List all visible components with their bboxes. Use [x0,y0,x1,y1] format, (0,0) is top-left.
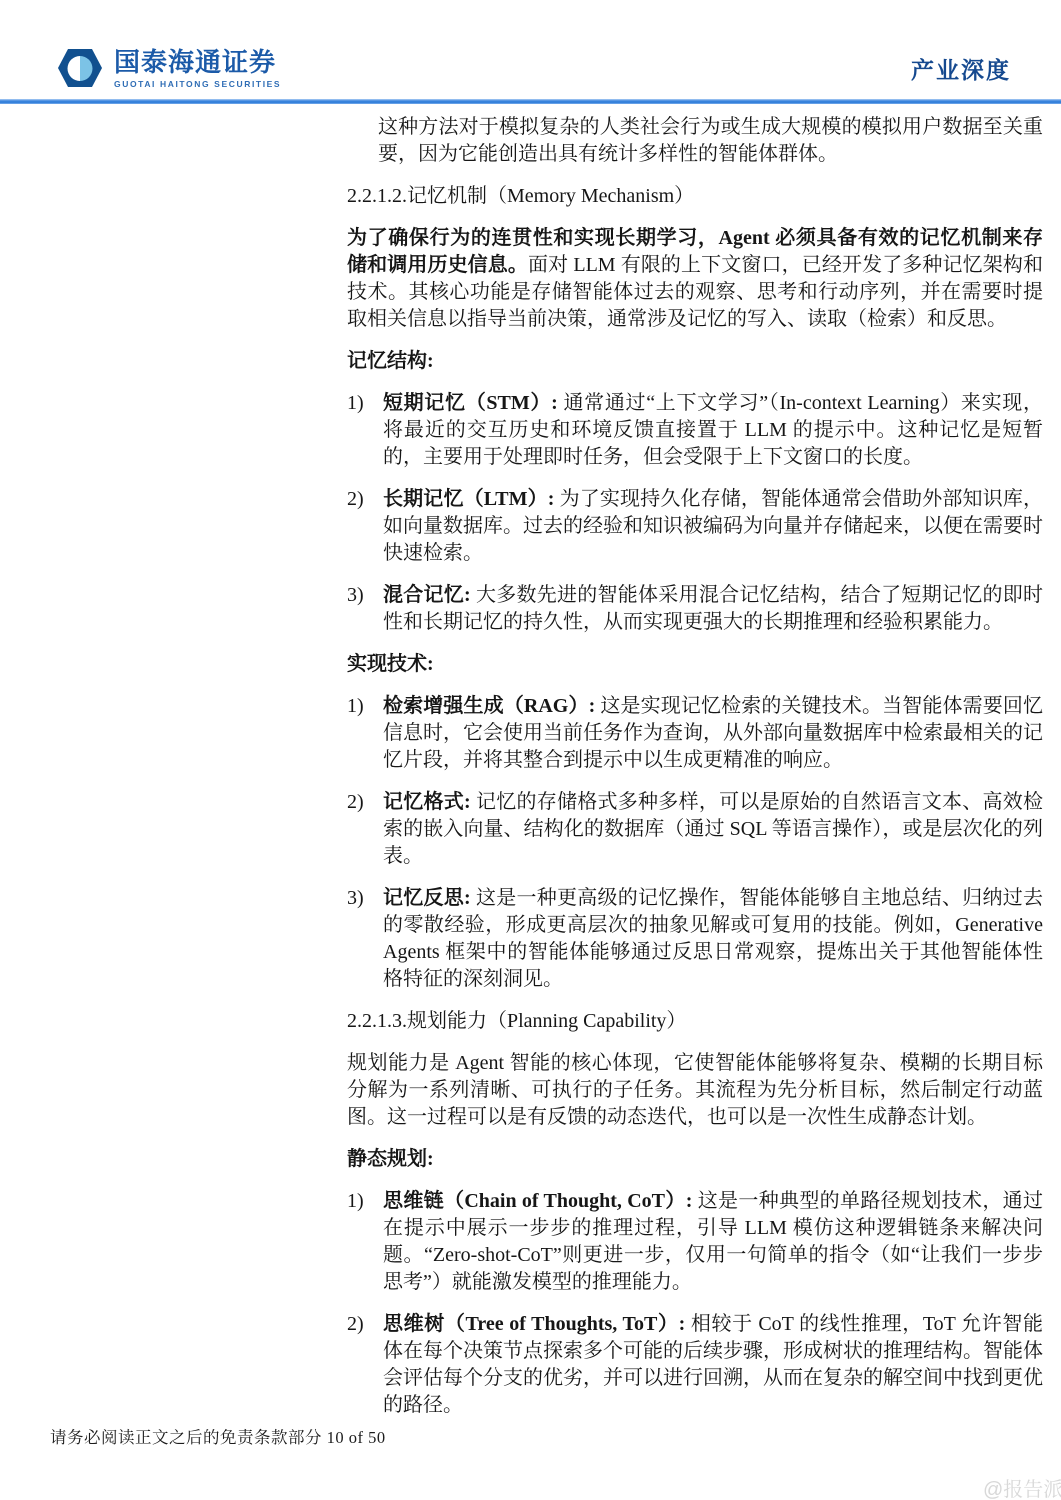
paragraph-intro-continuation: 这种方法对于模拟复杂的人类社会行为或生成大规模的模拟用户数据至关重要，因为它能创… [378,114,1043,168]
list-item-memory-reflection: 3) 记忆反思: 这是一种更高级的记忆操作，智能体能够自主地总结、归纳过去的零散… [347,885,1043,993]
list-number: 3) [347,582,383,636]
footer-disclaimer: 请务必阅读正文之后的免责条款部分 10 of 50 [50,1424,386,1448]
term-stm: 短期记忆（STM）: [383,392,558,414]
term-memory-format-text: 记忆的存储格式多种多样，可以是原始的自然语言文本、高效检索的嵌入向量、结构化的数… [383,791,1043,867]
logo-text: 国泰海通证券 GUOTAI HAITONG SECURITIES [114,48,281,89]
term-memory-reflection-text: 这是一种更高级的记忆操作，智能体能够自主地总结、归纳过去的零散经验，形成更高层次… [383,887,1043,990]
subheading-static-planning: 静态规划: [347,1146,1043,1173]
list-number: 1) [347,1188,383,1296]
term-cot: 思维链（Chain of Thought, CoT）: [383,1190,692,1212]
list-number: 3) [347,885,383,993]
list-item-tot: 2) 思维树（Tree of Thoughts, ToT）: 相较于 CoT 的… [347,1311,1043,1419]
list-item-cot: 1) 思维链（Chain of Thought, CoT）: 这是一种典型的单路… [347,1188,1043,1296]
list-item-memory-format: 2) 记忆格式: 记忆的存储格式多种多样，可以是原始的自然语言文本、高效检索的嵌… [347,789,1043,870]
list-item-hybrid-memory: 3) 混合记忆: 大多数先进的智能体采用混合记忆结构，结合了短期记忆的即时性和长… [347,582,1043,636]
list-item-body: 检索增强生成（RAG）: 这是实现记忆检索的关键技术。当智能体需要回忆信息时，它… [383,693,1043,774]
term-hybrid: 混合记忆: [383,584,471,606]
section-heading-memory-mechanism: 2.2.1.2.记忆机制（Memory Mechanism） [347,183,1043,210]
list-item-body: 长期记忆（LTM）: 为了实现持久化存储，智能体通常会借助外部知识库，如向量数据… [383,486,1043,567]
list-item-body: 记忆反思: 这是一种更高级的记忆操作，智能体能够自主地总结、归纳过去的零散经验，… [383,885,1043,993]
header-divider-rule [0,99,1061,104]
logo-hexagon-icon [57,48,103,88]
section-heading-planning-capability: 2.2.1.3.规划能力（Planning Capability） [347,1008,1043,1035]
list-number: 2) [347,486,383,567]
document-page: 国泰海通证券 GUOTAI HAITONG SECURITIES 产业深度 这种… [0,0,1061,1500]
company-name-en: GUOTAI HAITONG SECURITIES [114,79,281,89]
term-tot: 思维树（Tree of Thoughts, ToT）: [383,1313,685,1335]
term-memory-reflection: 记忆反思: [383,887,471,909]
list-item-body: 短期记忆（STM）: 通常通过“上下文学习”（In-context Learni… [383,390,1043,471]
list-item-ltm: 2) 长期记忆（LTM）: 为了实现持久化存储，智能体通常会借助外部知识库，如向… [347,486,1043,567]
list-number: 2) [347,789,383,870]
paragraph-planning-overview: 规划能力是 Agent 智能的核心体现，它使智能体能够将复杂、模糊的长期目标分解… [347,1050,1043,1131]
paragraph-memory-overview: 为了确保行为的连贯性和实现长期学习，Agent 必须具备有效的记忆机制来存储和调… [347,225,1043,333]
page-header: 国泰海通证券 GUOTAI HAITONG SECURITIES 产业深度 [0,0,1061,104]
company-logo: 国泰海通证券 GUOTAI HAITONG SECURITIES [57,48,281,89]
list-item-body: 记忆格式: 记忆的存储格式多种多样，可以是原始的自然语言文本、高效检索的嵌入向量… [383,789,1043,870]
list-item-body: 思维链（Chain of Thought, CoT）: 这是一种典型的单路径规划… [383,1188,1043,1296]
list-number: 2) [347,1311,383,1419]
list-number: 1) [347,693,383,774]
term-memory-format: 记忆格式: [383,791,471,813]
term-rag: 检索增强生成（RAG）: [383,695,595,717]
subheading-memory-structure: 记忆结构: [347,348,1043,375]
term-ltm: 长期记忆（LTM）: [383,488,554,510]
term-hybrid-text: 大多数先进的智能体采用混合记忆结构，结合了短期记忆的即时性和长期记忆的持久性，从… [383,584,1043,633]
list-item-body: 思维树（Tree of Thoughts, ToT）: 相较于 CoT 的线性推… [383,1311,1043,1419]
subheading-implementation-tech: 实现技术: [347,651,1043,678]
company-name-cn: 国泰海通证券 [114,48,281,76]
document-body: 这种方法对于模拟复杂的人类社会行为或生成大规模的模拟用户数据至关重要，因为它能创… [347,114,1043,1434]
watermark-baogaopai: @报告派 [983,1473,1061,1500]
list-item-stm: 1) 短期记忆（STM）: 通常通过“上下文学习”（In-context Lea… [347,390,1043,471]
list-item-body: 混合记忆: 大多数先进的智能体采用混合记忆结构，结合了短期记忆的即时性和长期记忆… [383,582,1043,636]
list-number: 1) [347,390,383,471]
list-item-rag: 1) 检索增强生成（RAG）: 这是实现记忆检索的关键技术。当智能体需要回忆信息… [347,693,1043,774]
report-category-tag: 产业深度 [911,52,1011,85]
